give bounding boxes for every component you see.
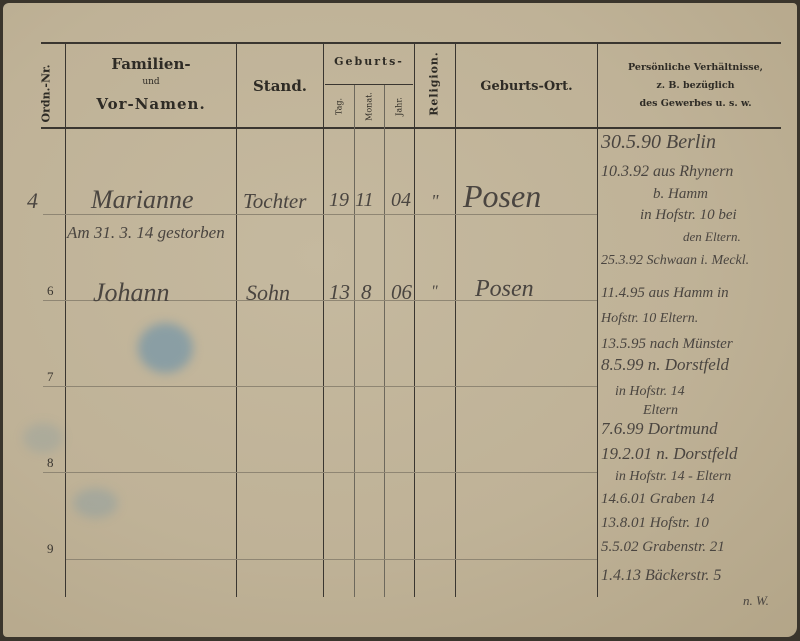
header-ordn-nr: Ordn.-Nr. bbox=[40, 53, 53, 123]
entry-tag: 19 bbox=[329, 189, 349, 212]
col-divider bbox=[323, 42, 324, 597]
header-jahr: Jahr. bbox=[395, 84, 404, 130]
header-familien-line2: und bbox=[66, 77, 236, 87]
row-number: 9 bbox=[47, 541, 54, 557]
note-line: den Eltern. bbox=[683, 229, 741, 245]
note-line: in Hofstr. 14 bbox=[615, 384, 685, 400]
note-line: 7.6.99 Dortmund bbox=[601, 419, 718, 439]
entry-name: Marianne bbox=[91, 185, 194, 215]
note-line: 30.5.90 Berlin bbox=[601, 131, 716, 154]
entry-tag: 13 bbox=[329, 280, 350, 305]
ink-stain bbox=[73, 488, 118, 518]
entry-name: Johann bbox=[93, 278, 170, 308]
header-familien-line1: Familien- bbox=[66, 55, 236, 73]
header-geburts: Geburts- bbox=[324, 55, 414, 68]
header-monat: Monat. bbox=[365, 84, 374, 130]
header-geburtsort: Geburts-Ort. bbox=[456, 79, 597, 94]
col-divider bbox=[414, 42, 415, 597]
header-stand: Stand. bbox=[237, 77, 323, 95]
note-line: 14.6.01 Graben 14 bbox=[601, 491, 714, 508]
entry-jahr: 04 bbox=[391, 189, 411, 212]
note-line: Eltern bbox=[643, 403, 678, 419]
register-card: Ordn.-Nr. Familien- und Vor-Namen. Stand… bbox=[3, 3, 797, 637]
header-bottom-rule bbox=[41, 127, 781, 129]
table-top-rule bbox=[41, 42, 781, 44]
row-line bbox=[66, 559, 597, 560]
col-divider bbox=[455, 42, 456, 597]
note-line: 8.5.99 n. Dorstfeld bbox=[601, 355, 729, 375]
note-line: in Hofstr. 14 - Eltern bbox=[615, 469, 731, 485]
entry-monat: 8 bbox=[361, 280, 372, 305]
header-verhaeltnisse-line3: des Gewerbes u. s. w. bbox=[598, 98, 793, 109]
row-line bbox=[43, 386, 597, 387]
header-familien-line3: Vor-Namen. bbox=[66, 95, 236, 113]
note-line: 13.8.01 Hofstr. 10 bbox=[601, 515, 709, 532]
header-religion: Religion. bbox=[428, 49, 441, 119]
row-number: 8 bbox=[47, 455, 54, 471]
note-line: 19.2.01 n. Dorstfeld bbox=[601, 444, 737, 464]
ink-stain bbox=[138, 323, 193, 373]
row-number: 6 bbox=[47, 283, 54, 299]
ink-stain bbox=[23, 423, 63, 453]
entry-stand: Tochter bbox=[243, 189, 306, 214]
note-line: n. W. bbox=[743, 593, 769, 609]
note-line: b. Hamm bbox=[653, 186, 708, 203]
entry-jahr: 06 bbox=[391, 280, 412, 305]
note-line: 11.4.95 aus Hamm in bbox=[601, 285, 729, 302]
header-verhaeltnisse-line1: Persönliche Verhältnisse, bbox=[598, 62, 793, 73]
note-line: 10.3.92 aus Rhynern bbox=[601, 163, 733, 181]
entry-monat: 11 bbox=[355, 189, 374, 212]
row-number: 7 bbox=[47, 369, 54, 385]
col-divider bbox=[65, 42, 66, 597]
header-tag: Tag. bbox=[335, 84, 344, 130]
row-line bbox=[43, 472, 597, 473]
row-number: 4 bbox=[27, 188, 38, 214]
note-line: 1.4.13 Bäckerstr. 5 bbox=[601, 567, 721, 585]
entry-ort: Posen bbox=[463, 178, 541, 215]
entry-ort: Posen bbox=[475, 276, 534, 303]
entry-religion: " bbox=[431, 191, 439, 212]
note-line: 25.3.92 Schwaan i. Meckl. bbox=[601, 253, 749, 269]
entry-stand: Sohn bbox=[246, 280, 290, 306]
header-verhaeltnisse-line2: z. B. bezüglich bbox=[598, 80, 793, 91]
col-divider bbox=[236, 42, 237, 597]
col-divider bbox=[354, 85, 355, 597]
col-divider bbox=[597, 42, 598, 597]
note-line: 5.5.02 Grabenstr. 21 bbox=[601, 539, 725, 556]
entry-note: Am 31. 3. 14 gestorben bbox=[67, 223, 225, 243]
note-line: Hofstr. 10 Eltern. bbox=[601, 311, 698, 327]
note-line: 13.5.95 nach Münster bbox=[601, 336, 733, 353]
note-line: in Hofstr. 10 bei bbox=[640, 207, 737, 224]
col-divider bbox=[384, 85, 385, 597]
entry-religion: " bbox=[431, 283, 438, 301]
